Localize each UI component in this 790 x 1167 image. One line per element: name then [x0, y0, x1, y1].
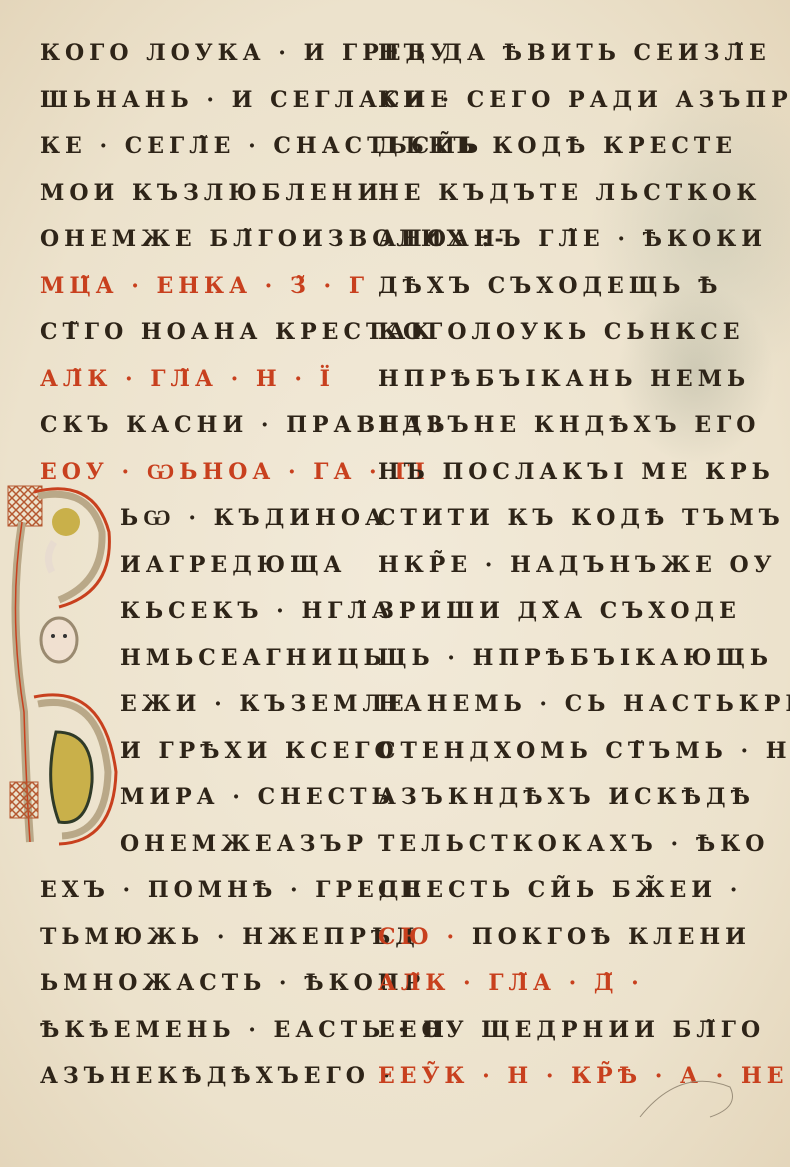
text-line: ИАГРЕДЮЩА: [120, 552, 346, 578]
text-line: ТЕЛЬСТКОКАХЪ · ѢКО: [378, 831, 769, 857]
text-line: СЮ · ПОКГОѢ КЛЕНИ: [378, 924, 751, 950]
text-line: ЕОУ · ѠЬНОА · ГА · ГІ: [40, 459, 430, 485]
text-line: ЕХЪ · ПОМНѢ · ГРЕДЕ: [40, 877, 425, 903]
text-line: ЬѠ · КЪДИНОА: [120, 505, 388, 531]
text-line: НЕ КЪДЪТЕ ЛЬСТКОК: [378, 180, 761, 206]
text-line: ЬМНОЖАСТЬ · ѢКОПР: [40, 970, 425, 996]
text-line: МОИ КЪЗЛЮБЛЕНИ: [40, 180, 383, 206]
text-line: НАЗЪНЕ КНДѢХЪ ЕГО: [378, 412, 760, 438]
text-line: НПРѢБЪІКАНЬ НЕМЬ: [378, 366, 750, 392]
text-line: ТЬМЮЖЬ · НЖЕПРѢД: [40, 924, 420, 950]
text-line: НЪ ДА ѢВИТЬ СЕИЗЛ̃Е: [378, 40, 771, 66]
text-line: МИРА · СНЕСТЬ: [120, 784, 395, 810]
text-line: СТИТИ КЪ КОДѢ ТЪМЪ: [378, 505, 785, 531]
text-line: ЕЖИ · КЪЗЕМЛЕ: [120, 691, 409, 717]
text-line: ДЪКЪ КОДѢ КРЕСТЕ: [378, 133, 737, 159]
text-line: АНОАНЪ ГЛ̃Е · ѢКОКИ: [378, 226, 767, 252]
text-line: КОГОЛОУКЬ СЬНКСЕ: [378, 319, 745, 345]
illuminated-initial-icon: [4, 482, 124, 862]
text-line: НЪ ПОСЛАКЪІ МЕ КРЬ: [378, 459, 775, 485]
text-line: АЛ̃К · ГЛ̃А · Д̃ ·: [378, 970, 644, 996]
text-line: ЩЬ · НПРѢБЪІКАЮЩЬ: [378, 645, 773, 671]
text-line: НКР̃Е · НАДЪНЪЖЕ ОУ: [378, 552, 777, 578]
text-line: КЬСЕКЪ · НГЛ̃А: [120, 598, 395, 624]
text-line: КИ · СЕГО РАДИ АЗЪПРИ: [378, 87, 790, 113]
text-line: СТЕНДХОМЬ СТ̃ЪМЬ · Н: [378, 738, 790, 764]
text-line: ЕЕОУ ЩЕДРНИИ БЛ̃ГО: [378, 1017, 765, 1043]
text-line: СТ̃ГО НОАНА КРЕСТАК: [40, 319, 435, 345]
text-line: АЗЪКНДѢХЪ ИСКѢДѢ: [378, 784, 755, 810]
marginal-scribble-icon: [630, 1057, 750, 1127]
text-line: СНЕСТЬ СИ̃Ь БЖ̃ЕИ ·: [378, 877, 742, 903]
manuscript-page: КОГО ЛОУКА · И ГРЕДУШЬНАНЬ · И СЕГЛАСИЕК…: [0, 0, 790, 1167]
text-line: ЗРИШИ ДХ̃А СЪХОДЕ: [378, 598, 741, 624]
text-line: ДѢХЪ СЪХОДЕЩЬ Ѣ: [378, 273, 722, 299]
text-line: НАНЕМЬ · СЬ НАСТЬКРЬ: [378, 691, 790, 717]
text-line: АЛ̃К · ГЛ̃А · Н · Ї: [40, 366, 335, 392]
text-line: ОНЕМЖЕАЗЪР: [120, 831, 368, 857]
text-line: АЗЪНЕКѢДѢХЪЕГО ·: [40, 1063, 395, 1089]
text-line: И ГРѢХИ КСЕГО: [120, 738, 399, 764]
text-line: МЦ̃А · ЕНКА · З̃ · Г: [40, 273, 369, 299]
text-line: НМЬСЕАГНИЦЬ: [120, 645, 387, 671]
